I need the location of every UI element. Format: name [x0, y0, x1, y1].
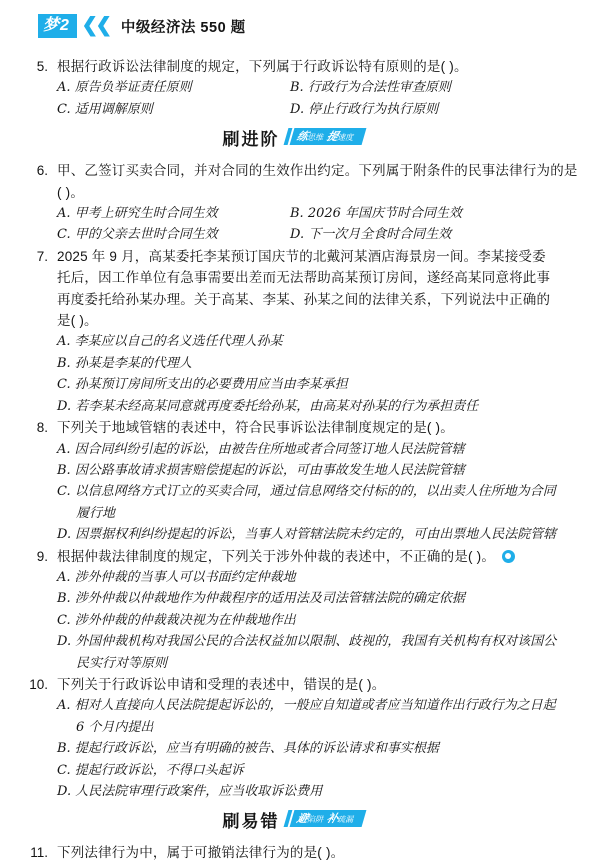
question-stem-line: 下列关于地域管辖的表述中，符合民事诉讼法律制度规定的是( )。 [57, 417, 560, 438]
option: D. 下一次月全食时合同生效 [290, 224, 523, 245]
option: A. 原告负举证责任原则 [57, 77, 290, 98]
question: 11. 下列法律行为中，属于可撤销法律行为的是( )。 [26, 842, 560, 863]
option: D. 若李某未经高某同意就再度委托给孙某，由高某对孙某的行为承担责任 [57, 396, 560, 417]
question-number: 7. [26, 246, 48, 267]
question-options: A. 涉外仲裁的当事人可以书面约定仲裁地B. 涉外仲裁以仲裁地作为仲裁程序的适用… [57, 567, 560, 674]
question-stem-line: 再度委托给孙某办理。关于高某、李某、孙某之间的法律关系，下列说法中正确的 [57, 289, 560, 310]
option: B. 孙某是李某的代理人 [57, 353, 560, 374]
chevron-icon [84, 16, 96, 37]
section-badge: 练思维提速度 [283, 128, 366, 145]
question-stem-line: 根据行政诉讼法律制度的规定，下列属于行政诉讼特有原则的是( )。 [57, 56, 560, 77]
badge-small-text: 思维 [306, 133, 325, 142]
question-number: 8. [26, 417, 48, 438]
option: C. 适用调解原则 [57, 99, 290, 120]
option: C. 孙某预订房间所支出的必要费用应当由李某承担 [57, 374, 560, 395]
option: A. 李某应以自己的名义选任代理人孙某 [57, 331, 560, 352]
question-stem-line: 根据仲裁法律制度的规定，下列关于涉外仲裁的表述中，不正确的是( )。 [57, 546, 560, 567]
option: B. 涉外仲裁以仲裁地作为仲裁程序的适用法及司法管辖法院的确定依据 [57, 588, 560, 609]
book-title: 中级经济法 550 题 [121, 16, 246, 37]
option: D. 外国仲裁机构对我国公民的合法权益加以限制、歧视的，我国有关机构有权对该国公… [57, 631, 560, 674]
question-stem-line: 托后，因工作单位有急事需要出差而无法帮助高某预订房间，遂经高某同意将此事 [57, 267, 560, 288]
question-stem: 下列关于地域管辖的表述中，符合民事诉讼法律制度规定的是( )。 [57, 417, 560, 438]
question-options: A. 李某应以自己的名义选任代理人孙某B. 孙某是李某的代理人C. 孙某预订房间… [57, 331, 560, 417]
book-page: 梦2 中级经济法 550 题 5. 根据行政诉讼法律制度的规定，下列属于行政诉讼… [0, 0, 597, 863]
question-stem: 2025 年 9 月，高某委托李某预订国庆节的北戴河某酒店海景房一间。李某接受委… [57, 246, 560, 332]
question-stem-line: 甲、乙签订买卖合同，并对合同的生效作出约定。下列属于附条件的民事法律行为的是 [57, 160, 560, 181]
section-title: 刷易错 [223, 809, 280, 835]
question: 8. 下列关于地域管辖的表述中，符合民事诉讼法律制度规定的是( )。 A. 因合… [26, 417, 560, 545]
question-stem-line: 下列法律行为中，属于可撤销法律行为的是( )。 [57, 842, 560, 863]
badge-small-text: 陷阱 [306, 815, 325, 824]
section-title: 刷进阶 [223, 127, 280, 153]
option: B. 提起行政诉讼，应当有明确的被告、具体的诉讼请求和事实根据 [57, 738, 560, 759]
question-number: 5. [26, 56, 48, 77]
question-stem: 甲、乙签订买卖合同，并对合同的生效作出约定。下列属于附条件的民事法律行为的是( … [57, 160, 560, 203]
question-stem: 下列法律行为中，属于可撤销法律行为的是( )。 [57, 842, 560, 863]
series-logo: 梦2 [38, 14, 77, 38]
section-header: 刷进阶练思维提速度 [26, 127, 560, 153]
question-stem: 下列关于行政诉讼申请和受理的表述中，错误的是( )。 [57, 674, 560, 695]
content: 5. 根据行政诉讼法律制度的规定，下列属于行政诉讼特有原则的是( )。 A. 原… [0, 39, 597, 863]
option: B. 2026 年国庆节时合同生效 [290, 203, 523, 224]
question-number: 11. [26, 842, 48, 863]
question: 6. 甲、乙签订买卖合同，并对合同的生效作出约定。下列属于附条件的民事法律行为的… [26, 160, 560, 246]
section-header: 刷易错避陷阱补疏漏 [26, 809, 560, 835]
question-options: A. 因合同纠纷引起的诉讼，由被告住所地或者合同签订地人民法院管辖B. 因公路事… [57, 439, 560, 546]
option: A. 甲考上研究生时合同生效 [57, 203, 290, 224]
question-stem-line: 2025 年 9 月，高某委托李某预订国庆节的北戴河某酒店海景房一间。李某接受委 [57, 246, 560, 267]
option: B. 行政行为合法性审查原则 [290, 77, 523, 98]
badge-small-text: 疏漏 [336, 815, 355, 824]
option: B. 因公路事故请求损害赔偿提起的诉讼，可由事故发生地人民法院管辖 [57, 460, 560, 481]
chevron-icon [98, 16, 110, 37]
badge-small-text: 速度 [336, 133, 355, 142]
question-stem-line: 是( )。 [57, 310, 560, 331]
option: D. 因票据权利纠纷提起的诉讼，当事人对管辖法院未约定的，可由出票地人民法院管辖 [57, 524, 560, 545]
page-header: 梦2 中级经济法 550 题 [0, 0, 597, 39]
option: A. 因合同纠纷引起的诉讼，由被告住所地或者合同签订地人民法院管辖 [57, 439, 560, 460]
question-options: A. 相对人直接向人民法院提起诉讼的，一般应自知道或者应当知道作出行政行为之日起… [57, 695, 560, 802]
double-left-chevron-icon [82, 16, 110, 37]
question-number: 6. [26, 160, 48, 181]
question-stem-line: ( )。 [57, 182, 560, 203]
question: 9. 根据仲裁法律制度的规定，下列关于涉外仲裁的表述中，不正确的是( )。 A.… [26, 546, 560, 674]
question: 5. 根据行政诉讼法律制度的规定，下列属于行政诉讼特有原则的是( )。 A. 原… [26, 56, 560, 120]
question-stem: 根据仲裁法律制度的规定，下列关于涉外仲裁的表述中，不正确的是( )。 [57, 546, 560, 567]
question-options: A. 原告负举证责任原则B. 行政行为合法性审查原则C. 适用调解原则D. 停止… [57, 77, 560, 120]
option: D. 人民法院审理行政案件，应当收取诉讼费用 [57, 781, 560, 802]
section-badge: 避陷阱补疏漏 [283, 810, 366, 827]
question-stem-line: 下列关于行政诉讼申请和受理的表述中，错误的是( )。 [57, 674, 560, 695]
question-stem: 根据行政诉讼法律制度的规定，下列属于行政诉讼特有原则的是( )。 [57, 56, 560, 77]
option: C. 提起行政诉讼，不得口头起诉 [57, 760, 560, 781]
option: A. 涉外仲裁的当事人可以书面约定仲裁地 [57, 567, 560, 588]
option: C. 甲的父亲去世时合同生效 [57, 224, 290, 245]
question-options: A. 甲考上研究生时合同生效B. 2026 年国庆节时合同生效C. 甲的父亲去世… [57, 203, 560, 246]
option: C. 涉外仲裁的仲裁裁决视为在仲裁地作出 [57, 610, 560, 631]
question: 10. 下列关于行政诉讼申请和受理的表述中，错误的是( )。 A. 相对人直接向… [26, 674, 560, 802]
question-badge-icon [502, 550, 515, 563]
question-number: 10. [26, 674, 48, 695]
option: A. 相对人直接向人民法院提起诉讼的，一般应自知道或者应当知道作出行政行为之日起… [57, 695, 560, 738]
option: C. 以信息网络方式订立的买卖合同，通过信息网络交付标的的，以出卖人住所地为合同… [57, 481, 560, 524]
question: 7. 2025 年 9 月，高某委托李某预订国庆节的北戴河某酒店海景房一间。李某… [26, 246, 560, 417]
option: D. 停止行政行为执行原则 [290, 99, 523, 120]
question-number: 9. [26, 546, 48, 567]
